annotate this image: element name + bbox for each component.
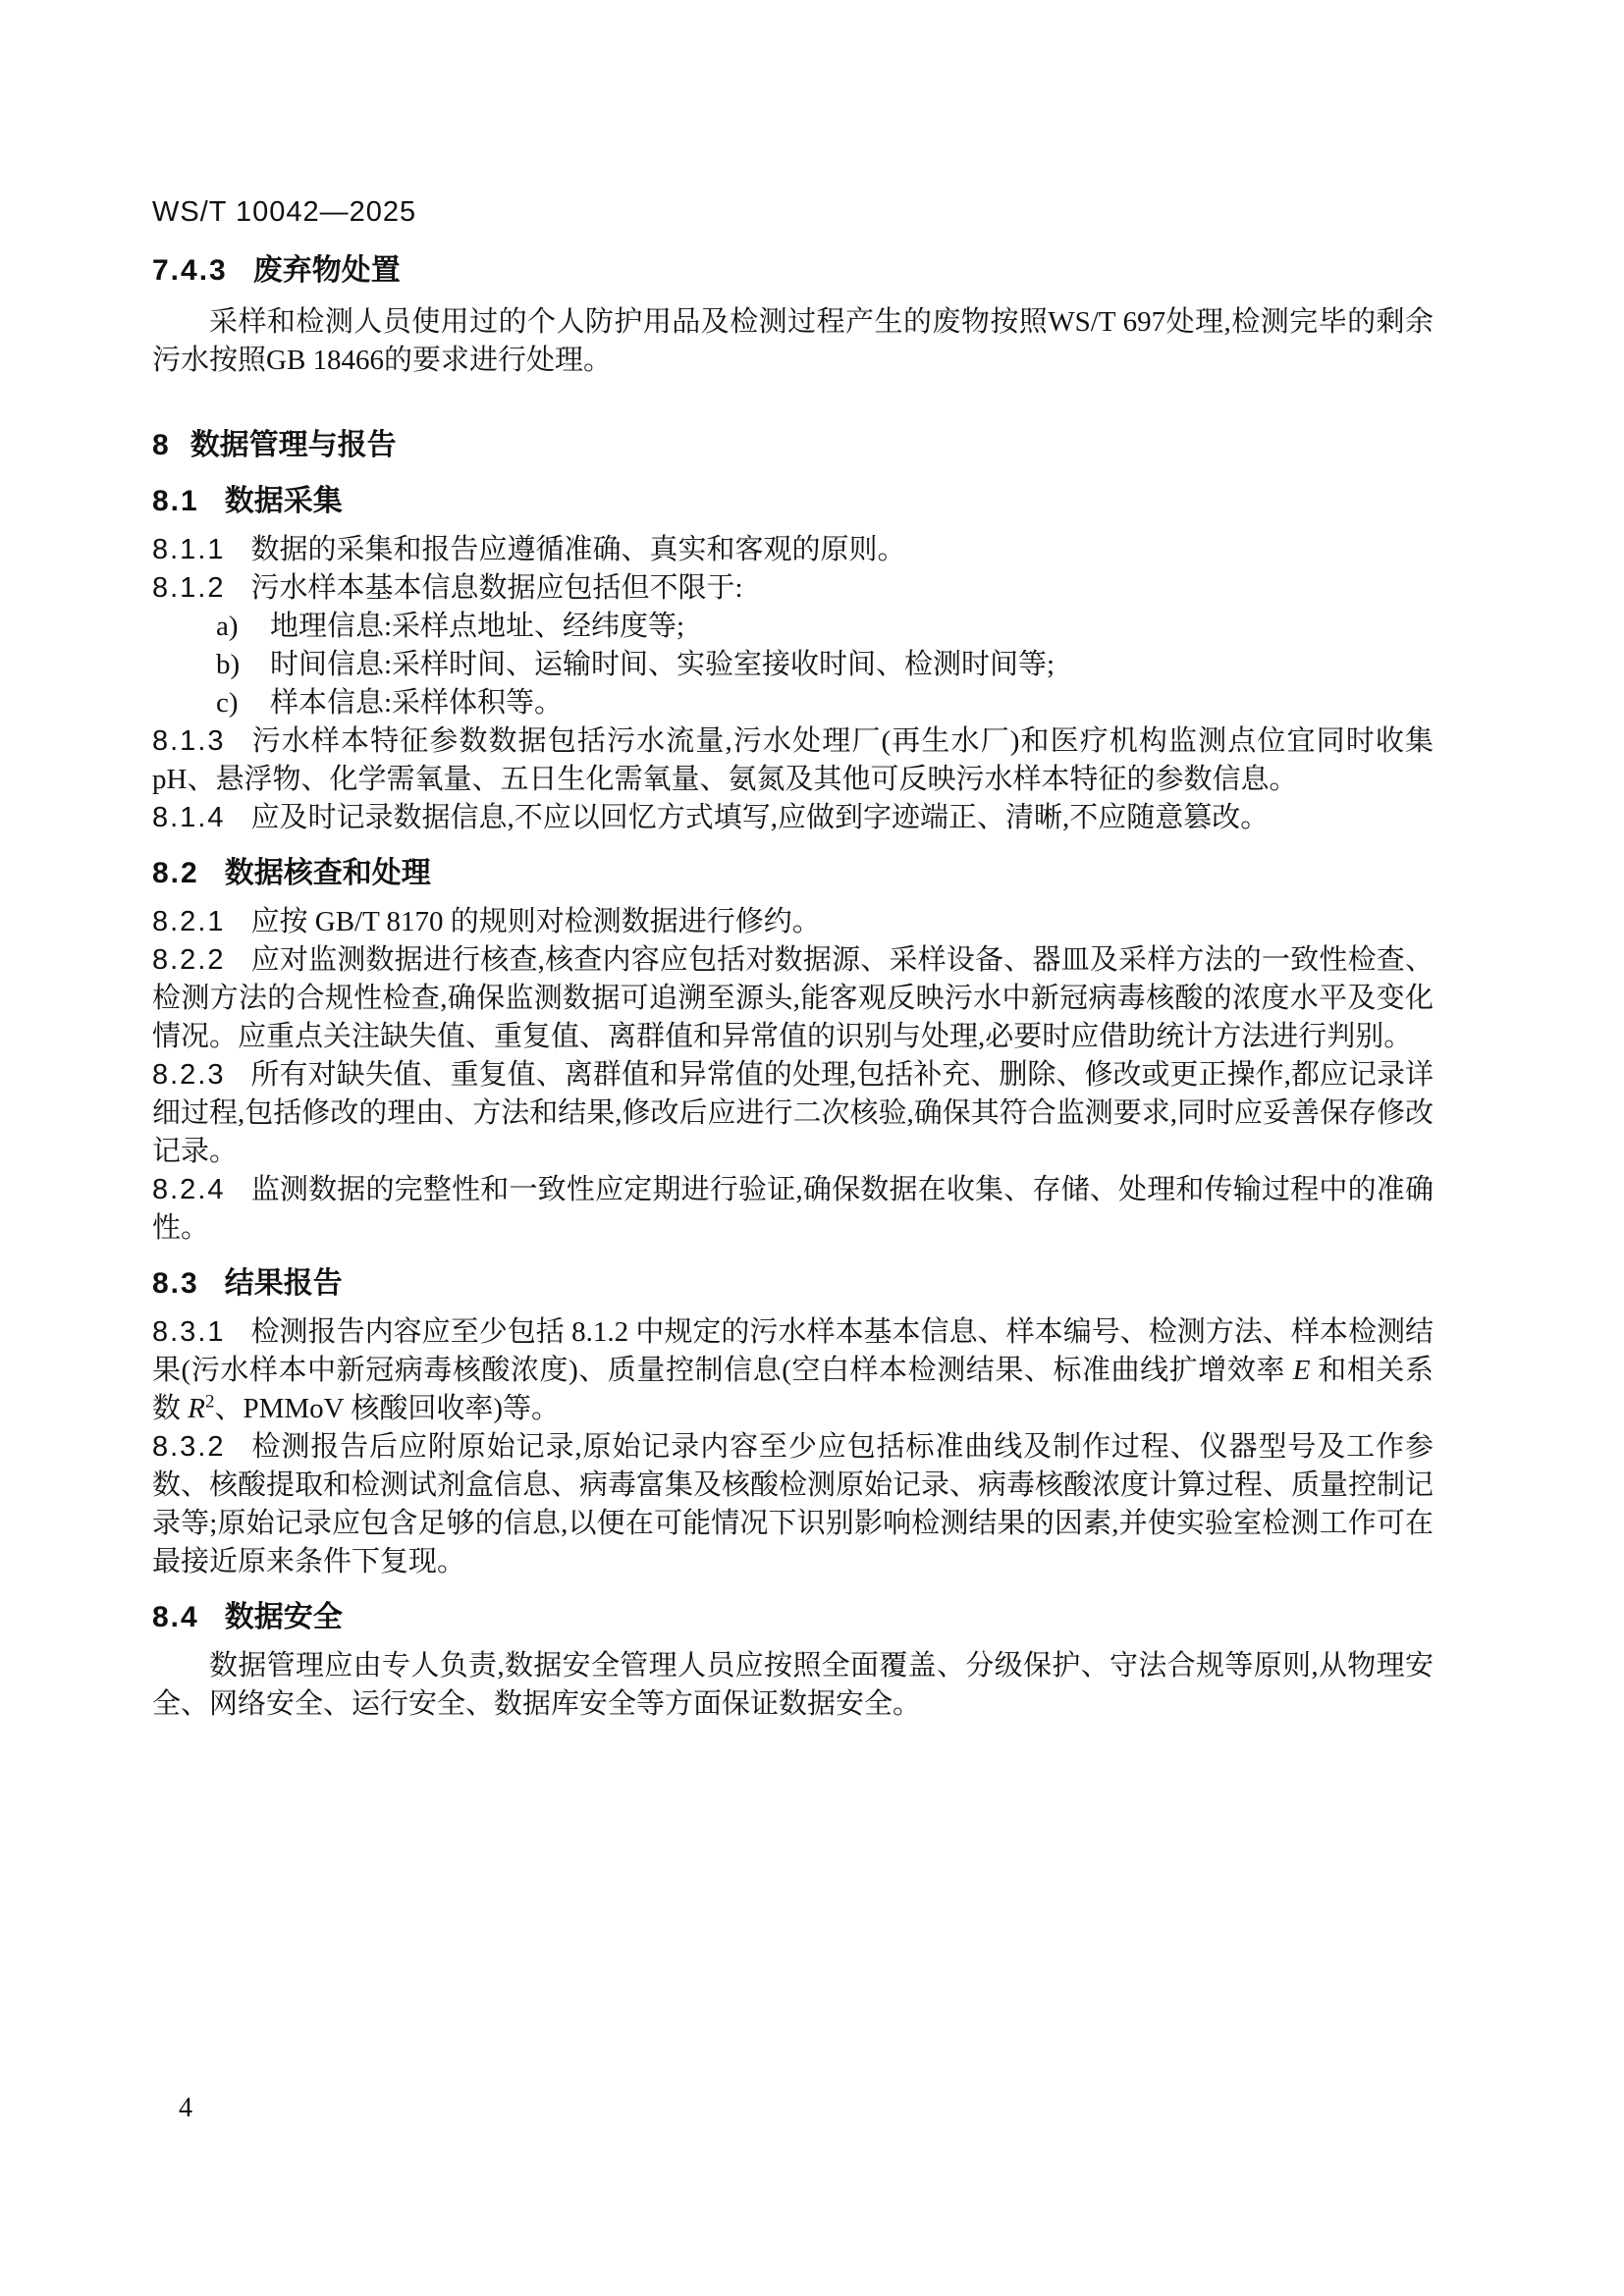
- heading-title: 数据安全: [225, 1601, 343, 1633]
- heading-number: 8: [152, 429, 171, 461]
- heading-8-3: 8.3结果报告: [152, 1264, 1434, 1304]
- clause-number: 8.1.2: [152, 572, 226, 604]
- paragraph-data-security: 数据管理应由专人负责,数据安全管理人员应按照全面覆盖、分级保护、守法合规等原则,…: [152, 1647, 1434, 1724]
- clause-number: 8.3.1: [152, 1316, 226, 1348]
- heading-number: 7.4.3: [152, 254, 228, 287]
- list-marker: b): [216, 646, 240, 684]
- heading-chapter-8: 8数据管理与报告: [152, 426, 1434, 465]
- clause-number: 8.1.3: [152, 725, 226, 757]
- clause-8-3-1: 8.3.1检测报告内容应至少包括 8.1.2 中规定的污水样本基本信息、样本编号…: [152, 1313, 1434, 1428]
- clause-8-2-4: 8.2.4监测数据的完整性和一致性应定期进行验证,确保数据在收集、存储、处理和传…: [152, 1171, 1434, 1248]
- document-page: WS/T 10042—2025 7.4.3废弃物处置 采样和检测人员使用过的个人…: [0, 0, 1624, 2296]
- clause-8-2-1: 8.2.1应按 GB/T 8170 的规则对检测数据进行修约。: [152, 903, 1434, 941]
- list-item-a: a)地理信息:采样点地址、经纬度等;: [152, 608, 1434, 646]
- paragraph-waste-disposal: 采样和检测人员使用过的个人防护用品及检测过程产生的废物按照WS/T 697处理,…: [152, 303, 1434, 380]
- clause-8-1-4: 8.1.4应及时记录数据信息,不应以回忆方式填写,应做到字迹端正、清晰,不应随意…: [152, 799, 1434, 837]
- clause-text: 所有对缺失值、重复值、离群值和异常值的处理,包括补充、删除、修改或更正操作,都应…: [152, 1059, 1434, 1167]
- clause-number: 8.2.2: [152, 944, 226, 976]
- list-item-b: b)时间信息:采样时间、运输时间、实验室接收时间、检测时间等;: [152, 646, 1434, 684]
- efficiency-variable: E: [1293, 1355, 1311, 1386]
- list-text: 样本信息:采样体积等。: [270, 687, 563, 719]
- list-marker: a): [216, 608, 239, 646]
- clause-text-part: 检测报告内容应至少包括 8.1.2 中规定的污水样本基本信息、样本编号、检测方法…: [152, 1316, 1434, 1386]
- clause-number: 8.1.4: [152, 802, 226, 833]
- heading-title: 数据管理与报告: [190, 429, 397, 461]
- clause-8-2-3: 8.2.3所有对缺失值、重复值、离群值和异常值的处理,包括补充、删除、修改或更正…: [152, 1056, 1434, 1171]
- document-header: WS/T 10042—2025: [152, 194, 1434, 230]
- clause-8-3-2: 8.3.2检测报告后应附原始记录,原始记录内容至少应包括标准曲线及制作过程、仪器…: [152, 1428, 1434, 1581]
- heading-8-4: 8.4数据安全: [152, 1598, 1434, 1637]
- page-number: 4: [179, 2089, 192, 2127]
- clause-8-1-2: 8.1.2污水样本基本信息数据应包括但不限于:: [152, 569, 1434, 608]
- correlation-variable: R: [188, 1393, 205, 1424]
- list-item-c: c)样本信息:采样体积等。: [152, 684, 1434, 722]
- heading-number: 8.2: [152, 857, 199, 889]
- clause-text: 污水样本基本信息数据应包括但不限于:: [251, 572, 743, 604]
- standard-code: WS/T 10042—2025: [152, 196, 416, 228]
- clause-text: 应对监测数据进行核查,核查内容应包括对数据源、采样设备、器皿及采样方法的一致性检…: [152, 944, 1434, 1052]
- heading-number: 8.1: [152, 485, 199, 517]
- clause-number: 8.2.3: [152, 1059, 226, 1091]
- clause-text: 数据的采集和报告应遵循准确、真实和客观的原则。: [251, 534, 906, 565]
- clause-number: 8.1.1: [152, 534, 226, 565]
- heading-7-4-3: 7.4.3废弃物处置: [152, 251, 1434, 291]
- clause-8-1-3: 8.1.3污水样本特征参数数据包括污水流量,污水处理厂(再生水厂)和医疗机构监测…: [152, 722, 1434, 799]
- list-text: 地理信息:采样点地址、经纬度等;: [270, 611, 684, 642]
- list-marker: c): [216, 684, 239, 722]
- heading-number: 8.4: [152, 1601, 199, 1633]
- clause-number: 8.2.1: [152, 906, 226, 937]
- heading-title: 废弃物处置: [253, 254, 401, 287]
- clause-number: 8.3.2: [152, 1431, 226, 1463]
- clause-number: 8.2.4: [152, 1174, 226, 1205]
- list-text: 时间信息:采样时间、运输时间、实验室接收时间、检测时间等;: [270, 649, 1055, 680]
- clause-text: 应及时记录数据信息,不应以回忆方式填写,应做到字迹端正、清晰,不应随意篡改。: [251, 802, 1270, 833]
- clause-text: 应按 GB/T 8170 的规则对检测数据进行修约。: [251, 906, 821, 937]
- clause-text: 污水样本特征参数数据包括污水流量,污水处理厂(再生水厂)和医疗机构监测点位宜同时…: [152, 725, 1434, 795]
- heading-title: 结果报告: [225, 1267, 343, 1300]
- heading-8-1: 8.1数据采集: [152, 482, 1434, 521]
- clause-8-1-1: 8.1.1数据的采集和报告应遵循准确、真实和客观的原则。: [152, 531, 1434, 569]
- clause-text: 监测数据的完整性和一致性应定期进行验证,确保数据在收集、存储、处理和传输过程中的…: [152, 1174, 1434, 1244]
- heading-title: 数据采集: [225, 485, 343, 517]
- heading-number: 8.3: [152, 1267, 199, 1300]
- clause-text: 检测报告后应附原始记录,原始记录内容至少应包括标准曲线及制作过程、仪器型号及工作…: [152, 1431, 1434, 1577]
- heading-title: 数据核查和处理: [225, 857, 431, 889]
- clause-text-part: 、PMMoV 核酸回收率)等。: [214, 1393, 560, 1424]
- heading-8-2: 8.2数据核查和处理: [152, 854, 1434, 893]
- clause-8-2-2: 8.2.2应对监测数据进行核查,核查内容应包括对数据源、采样设备、器皿及采样方法…: [152, 941, 1434, 1056]
